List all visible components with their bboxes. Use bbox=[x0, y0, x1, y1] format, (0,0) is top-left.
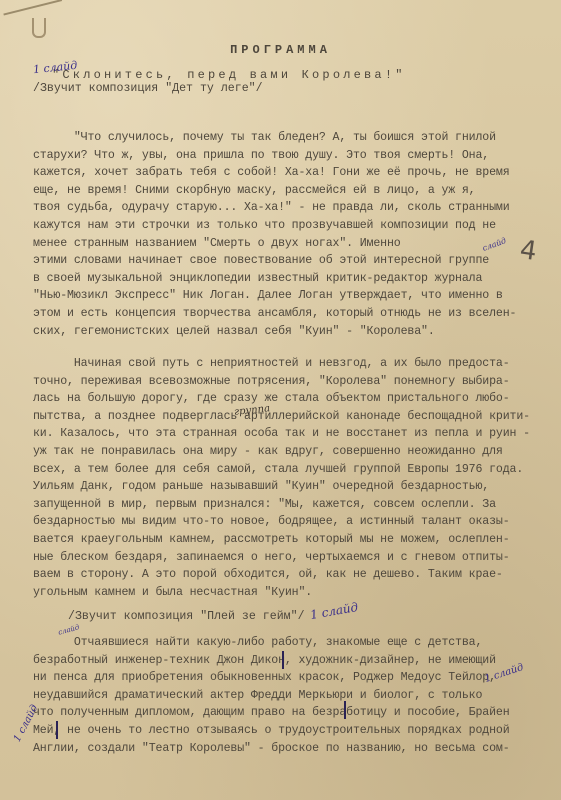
text-line: твоя судьба, одурачу старую... Ха-ха!" -… bbox=[33, 199, 516, 217]
text-line: что полученным дипломом, дающим право на… bbox=[33, 704, 510, 722]
staple-mark bbox=[32, 18, 46, 38]
text-line: Отчаявшиеся найти какую-либо работу, зна… bbox=[33, 634, 510, 652]
text-line: ки. Казалось, что эта странная особа так… bbox=[33, 425, 530, 443]
text-line: "Нью-Мюзикл Экспресс" Ник Логан. Далее Л… bbox=[33, 287, 516, 305]
text-line: ни пенса для приобретения обыкновенных к… bbox=[33, 669, 510, 687]
text-line: Уильям Данк, годом раньше называвший "Ку… bbox=[33, 478, 530, 496]
text-line: угольным камнем и была несчастная "Куин"… bbox=[33, 584, 530, 602]
text-line: в своей музыкальной энциклопедии известн… bbox=[33, 270, 516, 288]
slide-break-mark-mercury bbox=[344, 701, 346, 719]
text-line: бездарностью мы видим что-то новое, бодр… bbox=[33, 513, 530, 531]
text-line: этом и есть концепсия творчества ансамбл… bbox=[33, 305, 516, 323]
paragraph-3: Отчаявшиеся найти какую-либо работу, зна… bbox=[33, 634, 510, 757]
text-line: уж так не понравилась она миру - как вдр… bbox=[33, 443, 530, 461]
slide-break-mark-deacon bbox=[282, 651, 284, 669]
paragraph-2: Начиная свой путь с неприятностей и невз… bbox=[33, 355, 530, 601]
paragraph-1: "Что случилось, почему ты так бледен? А,… bbox=[33, 129, 516, 340]
text-line: пытства, а позднее подверглась артиллери… bbox=[33, 408, 530, 426]
document-subtitle: "Склонитесь, перед вами Королева!" bbox=[52, 68, 406, 82]
text-line: запущенной в мир, первым признался: "Мы,… bbox=[33, 496, 530, 514]
text-line: точно, переживая всевозможные потрясения… bbox=[33, 373, 530, 391]
text-line: старухи? Что ж, увы, она пришла по твою … bbox=[33, 147, 516, 165]
text-line: неудавшийся драматический актер Фредди М… bbox=[33, 687, 510, 705]
text-line: лась на большую дорогу, где сразу же ста… bbox=[33, 390, 530, 408]
text-line: безработный инженер-техник Джон Дикон, х… bbox=[33, 652, 510, 670]
text-line: Англии, создали "Театр Королевы" - броск… bbox=[33, 740, 510, 758]
text-line: ные блеском бездаря, запинаемся о него, … bbox=[33, 549, 530, 567]
text-line: ских, гегемонистских целей назвал себя "… bbox=[33, 323, 516, 341]
text-line: вается краеугольным камнем, рассмотреть … bbox=[33, 531, 530, 549]
text-line: Начиная свой путь с неприятностей и невз… bbox=[33, 355, 530, 373]
text-line: кажутся нам эти строчки из только что пр… bbox=[33, 217, 516, 235]
slide-break-mark-may bbox=[56, 721, 58, 739]
stage-direction-2: /Звучит композиция "Плей зе гейм"/ bbox=[68, 610, 305, 623]
stage-direction-1: /Звучит композиция "Дет ту леге"/ bbox=[33, 82, 263, 95]
document-title: ПРОГРАММА bbox=[0, 43, 561, 57]
text-line: этими словами начинает свое повествовани… bbox=[33, 252, 516, 270]
text-line: кажется, хочет забрать тебя с собой! Ха-… bbox=[33, 164, 516, 182]
text-line: менее странным названием "Смерть о двух … bbox=[33, 235, 516, 253]
text-line: "Что случилось, почему ты так бледен? А,… bbox=[33, 129, 516, 147]
text-line: всех, а тем более для себя самой, стала … bbox=[33, 461, 530, 479]
text-line: Мей, не очень то лестно отзываясь о труд… bbox=[33, 722, 510, 740]
text-line: еще, не время! Сними скорбную маску, рас… bbox=[33, 182, 516, 200]
text-line: ваем в сторону. А это порой обходится, о… bbox=[33, 566, 530, 584]
